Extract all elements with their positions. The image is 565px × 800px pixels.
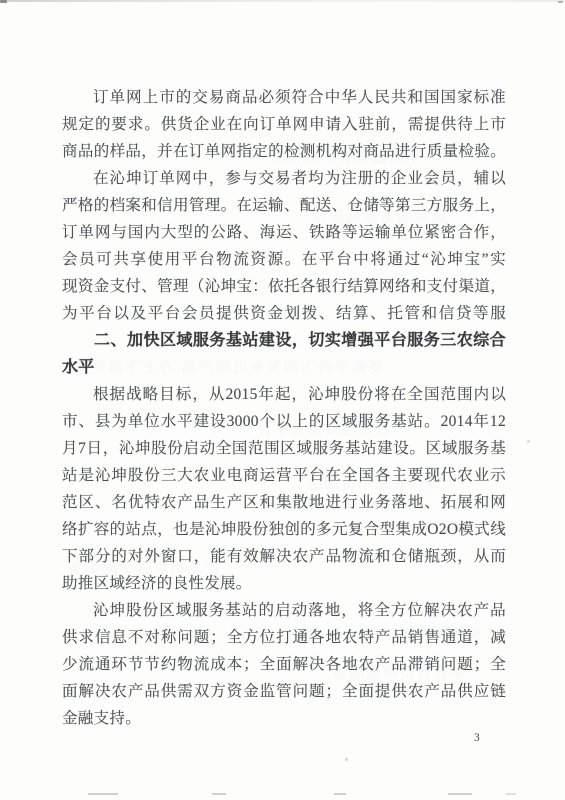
scan-speck bbox=[345, 758, 348, 761]
body-text-line: 现资金支付、管理（沁坤宝：依托各银行结算网络和支付渠道， bbox=[62, 273, 506, 300]
body-text-line: 严格的档案和信用管理。在运输、配送、仓储等第三方服务上， bbox=[62, 192, 506, 219]
scan-artifact bbox=[334, 793, 346, 795]
scan-artifact bbox=[448, 793, 472, 795]
body-text-line: 站是沁坤股份三大农业电商运营平台在全国各主要现代农业示 bbox=[62, 462, 506, 489]
body-text-line: 订单网上市的交易商品必须符合中华人民共和国国家标准 bbox=[62, 84, 506, 111]
body-text-line: 少流通环节节约物流成本；全面解决各地农产品滞销问题；全 bbox=[62, 651, 506, 678]
body-text-line: 面解决农产品供需双方资金监管问题；全面提供农产品供应链 bbox=[62, 678, 506, 705]
body-text-line: 在沁坤订单网中，参与交易者均为注册的企业会员，辅以 bbox=[62, 165, 506, 192]
section-heading-line: 二、加快区域服务基站建设，切实增强平台服务三农综合 bbox=[62, 327, 506, 354]
scan-edge-artifact bbox=[0, 0, 565, 2]
body-text-line: 会员可共享使用平台物流资源。在平台中将通过“沁坤宝”实 bbox=[62, 246, 506, 273]
scan-artifact bbox=[88, 793, 118, 795]
body-text-line: 络扩容的站点，也是沁坤股份独创的多元复合型集成O2O模式线 bbox=[62, 516, 506, 543]
body-text-line: 为平台以及平台会员提供资金划拨、结算、托管和信贷等服务）。 bbox=[62, 300, 506, 327]
document-page: 平台服务农产品销售区域服务基站建设要素平台为何发布近期产品 方上下游企业农业电商… bbox=[0, 0, 565, 800]
body-text-line: 根据战略目标，从2015年起，沁坤股份将在全国范围内以 bbox=[62, 381, 506, 408]
body-text-line: 下部分的对外窗口，能有效解决农产品物流和仓储瓶颈，从而 bbox=[62, 543, 506, 570]
page-number: 3 bbox=[474, 732, 480, 744]
body-text-line: 市、县为单位水平建设3000个以上的区域服务基站。2014年12 bbox=[62, 408, 506, 435]
scan-artifact bbox=[212, 793, 226, 795]
body-text-line: 月7日，沁坤股份启动全国范围区域服务基站建设。区域服务基 bbox=[62, 435, 506, 462]
body-text-line: 商品的样品，并在订单网指定的检测机构对商品进行质量检验。 bbox=[62, 138, 506, 165]
body-text-line: 供求信息不对称问题；全方位打通各地农特产品销售通道，减 bbox=[62, 624, 506, 651]
scan-speck bbox=[0, 0, 7, 3]
scan-speck bbox=[527, 440, 530, 443]
body-text-line: 规定的要求。供货企业在向订单网申请入驻前，需提供待上市 bbox=[62, 111, 506, 138]
body-text-line: 金融支持。 bbox=[62, 705, 506, 732]
body-text-line: 范区、名优特农产品生产区和集散地进行业务落地、拓展和网 bbox=[62, 489, 506, 516]
body-text-line: 助推区域经济的良性发展。 bbox=[62, 570, 506, 597]
scan-artifact bbox=[506, 793, 516, 795]
body-text-line: 订单网与国内大型的公路、海运、铁路等运输单位紧密合作， bbox=[62, 219, 506, 246]
body-text-line: 沁坤股份区域服务基站的启动落地，将全方位解决农产品 bbox=[62, 597, 506, 624]
section-heading-line: 水平 bbox=[62, 354, 506, 381]
scan-speck bbox=[558, 1, 563, 3]
document-text: 订单网上市的交易商品必须符合中华人民共和国国家标准规定的要求。供货企业在向订单网… bbox=[62, 84, 506, 732]
